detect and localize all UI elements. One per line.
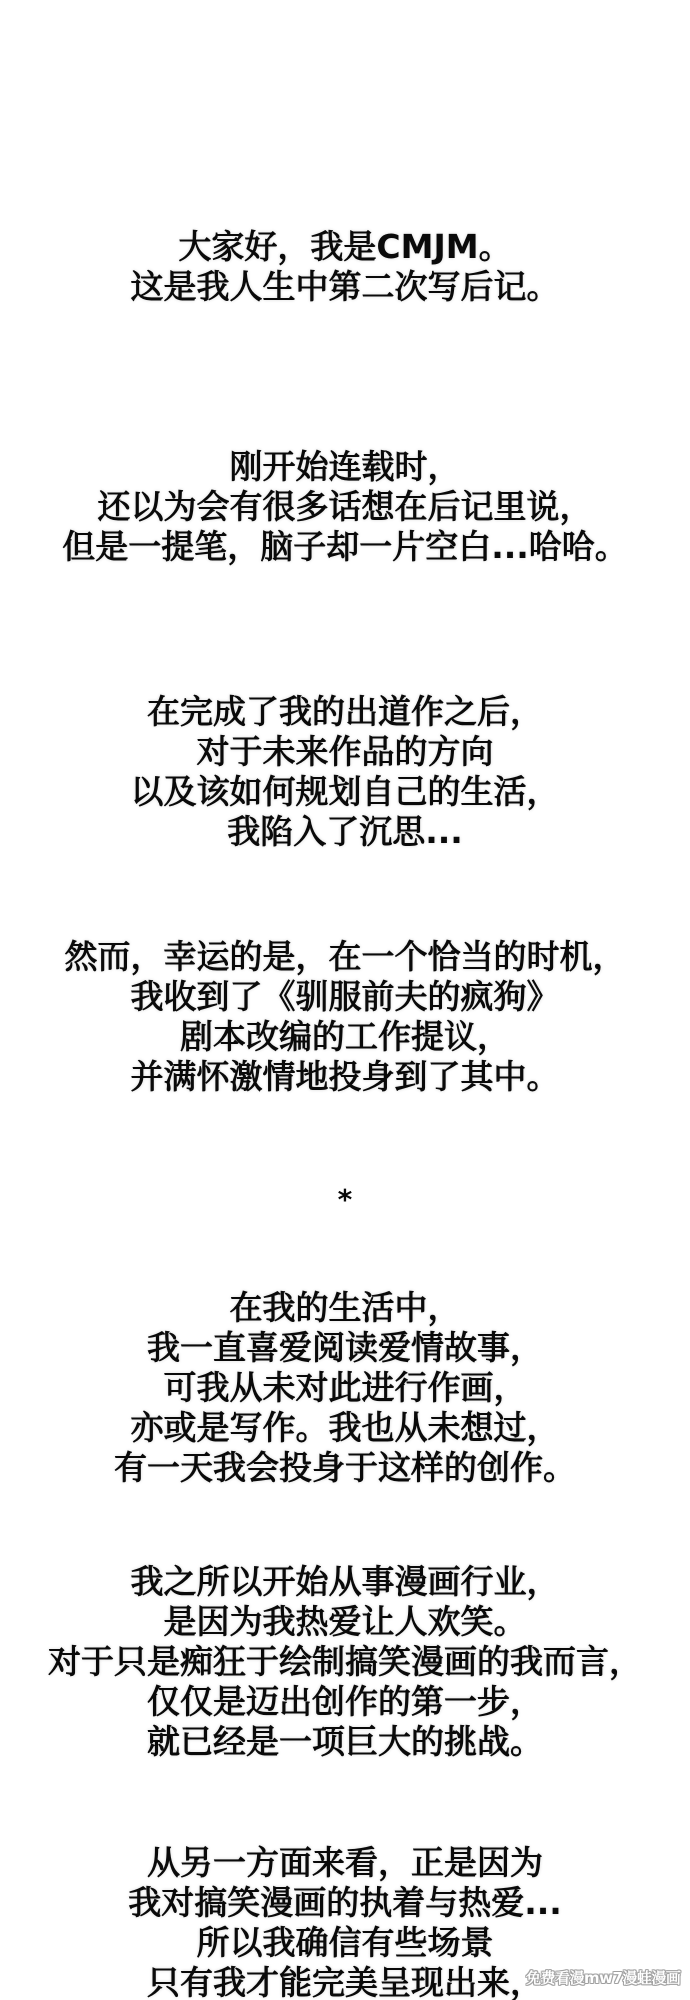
text-line: 我收到了《驯服前夫的疯狗》 <box>0 977 690 1017</box>
text-line: 所以我确信有些场景 <box>0 1923 690 1963</box>
text-line: 亦或是写作。我也从未想过， <box>0 1408 690 1448</box>
text-line: 有一天我会投身于这样的创作。 <box>0 1448 690 1488</box>
afterword-section-comedy: 我之所以开始从事漫画行业， 是因为我热爱让人欢笑。 对于只是痴狂于绘制搞笑漫画的… <box>0 1562 690 1762</box>
text-line: 这是我人生中第二次写后记。 <box>0 267 690 307</box>
text-line: 以及该如何规划自己的生活， <box>0 772 690 812</box>
afterword-section-greeting: 大家好，我是CMJM。 这是我人生中第二次写后记。 <box>0 227 690 307</box>
text-line: 就已经是一项巨大的挑战。 <box>0 1722 690 1762</box>
afterword-section-romance: 在我的生活中， 我一直喜爱阅读爱情故事， 可我从未对此进行作画， 亦或是写作。我… <box>0 1288 690 1488</box>
text-line: 但是一提笔，脑子却一片空白...哈哈。 <box>0 527 690 567</box>
text-line: 大家好，我是CMJM。 <box>0 227 690 267</box>
text-line: 仅仅是迈出创作的第一步， <box>0 1682 690 1722</box>
text-line: 在我的生活中， <box>0 1288 690 1328</box>
watermark: 免费看漫mw7漫蛙漫画 <box>526 1968 680 1988</box>
text-line: 在完成了我的出道作之后， <box>0 692 690 732</box>
text-line: 从另一方面来看，正是因为 <box>0 1843 690 1883</box>
afterword-section-debut: 在完成了我的出道作之后， 对于未来作品的方向 以及该如何规划自己的生活， 我陷入… <box>0 692 690 852</box>
text-line: 我之所以开始从事漫画行业， <box>0 1562 690 1602</box>
afterword-section-serialization: 刚开始连载时， 还以为会有很多话想在后记里说， 但是一提笔，脑子却一片空白...… <box>0 447 690 567</box>
text-line: 我对搞笑漫画的执着与热爱... <box>0 1883 690 1923</box>
text-line: 刚开始连载时， <box>0 447 690 487</box>
text-line: 我陷入了沉思... <box>0 812 690 852</box>
afterword-section-offer: 然而，幸运的是，在一个恰当的时机， 我收到了《驯服前夫的疯狗》 剧本改编的工作提… <box>0 937 690 1097</box>
afterword-page: 大家好，我是CMJM。 这是我人生中第二次写后记。 刚开始连载时， 还以为会有很… <box>0 0 690 2000</box>
text-line: 对于未来作品的方向 <box>0 732 690 772</box>
text-line: 还以为会有很多话想在后记里说， <box>0 487 690 527</box>
text-line: 可我从未对此进行作画， <box>0 1368 690 1408</box>
text-line: 我一直喜爱阅读爱情故事， <box>0 1328 690 1368</box>
asterisk-divider: * <box>0 1180 690 1220</box>
text-line: 并满怀激情地投身到了其中。 <box>0 1057 690 1097</box>
text-line: 剧本改编的工作提议， <box>0 1017 690 1057</box>
text-line: 是因为我热爱让人欢笑。 <box>0 1602 690 1642</box>
text-line: 然而，幸运的是，在一个恰当的时机， <box>0 937 690 977</box>
text-line: 对于只是痴狂于绘制搞笑漫画的我而言， <box>0 1642 690 1682</box>
